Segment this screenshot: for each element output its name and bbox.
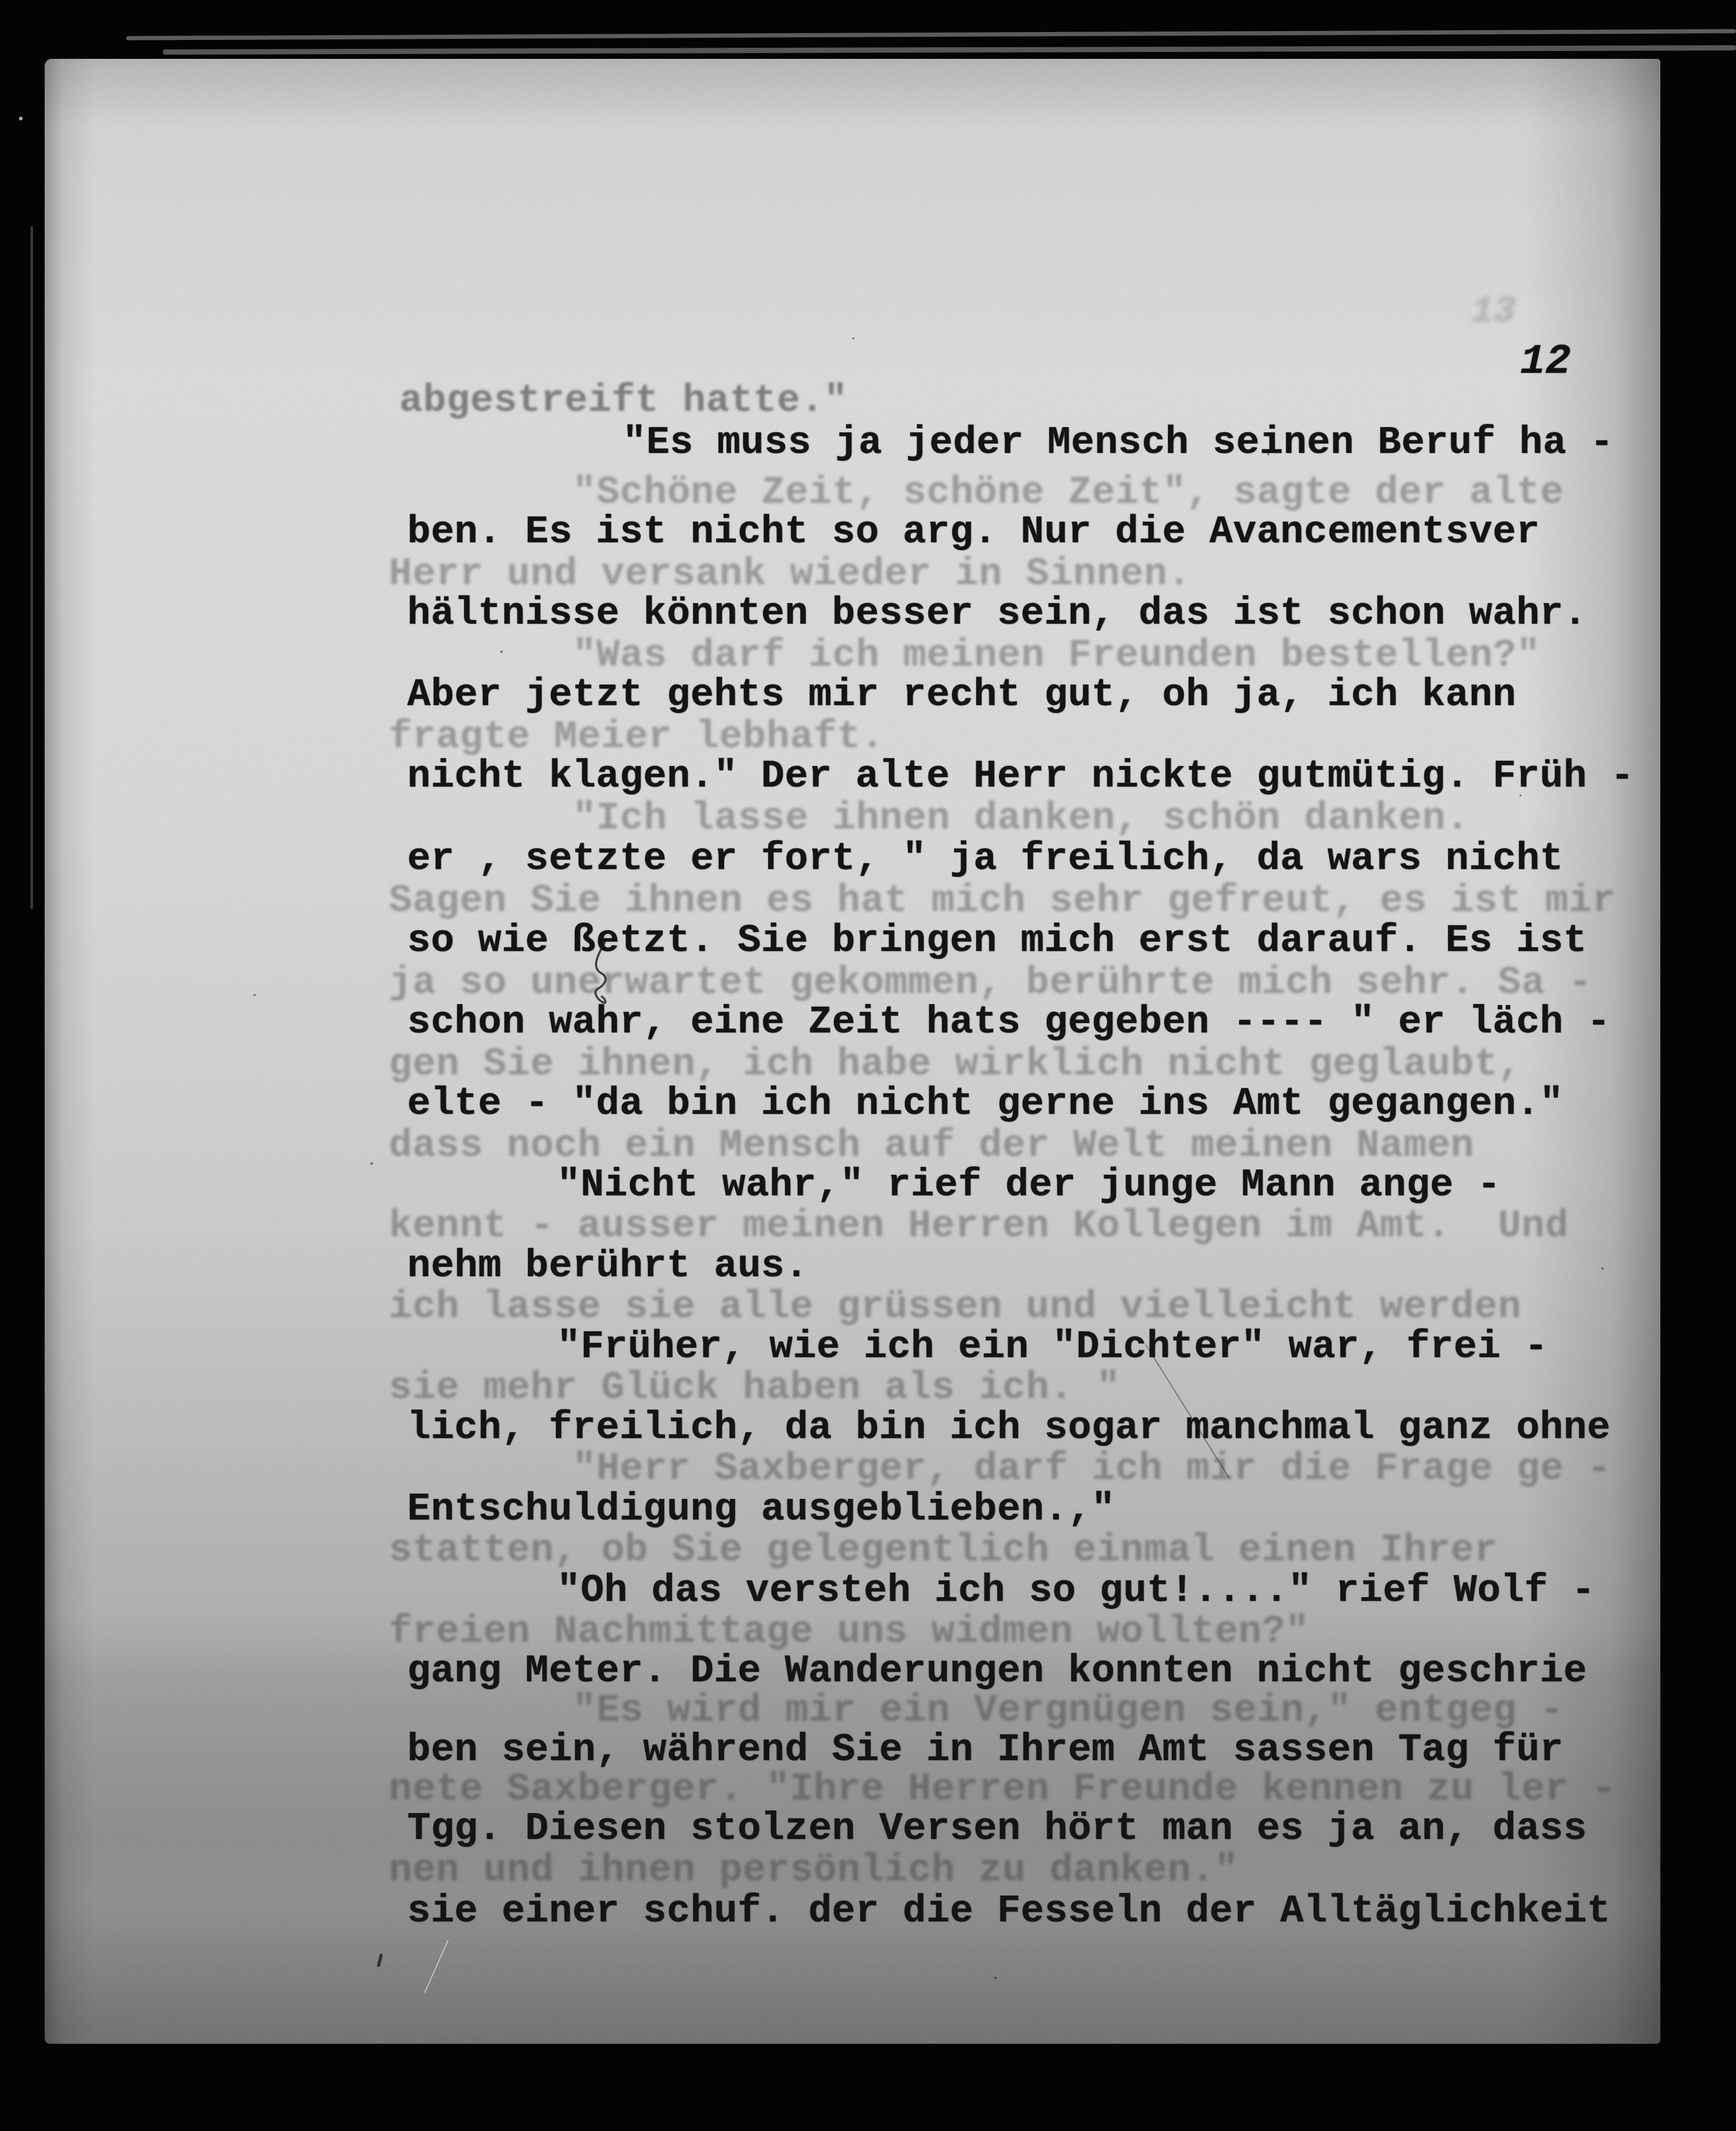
paper-shading-top — [45, 59, 1660, 2044]
scan-background: abgestreift hatte.""Es muss ja jeder Men… — [0, 0, 1736, 2131]
paper-shading-bottom — [45, 59, 1660, 2044]
paper-sheet — [45, 59, 1660, 2044]
page-stack-edge-streak — [163, 45, 1736, 55]
dust-speck — [19, 117, 23, 120]
ghost-page-number: 13 — [1468, 294, 1520, 331]
paper-shading-band — [45, 59, 1660, 2044]
page-stack-edge-streak — [126, 29, 1736, 40]
paper-grain — [45, 59, 1660, 2044]
paper-shading-right — [45, 59, 1660, 2044]
page-number: 12 — [1515, 342, 1575, 384]
page-stack-edge-left — [30, 226, 33, 909]
paper-shading-left — [45, 59, 1660, 2044]
